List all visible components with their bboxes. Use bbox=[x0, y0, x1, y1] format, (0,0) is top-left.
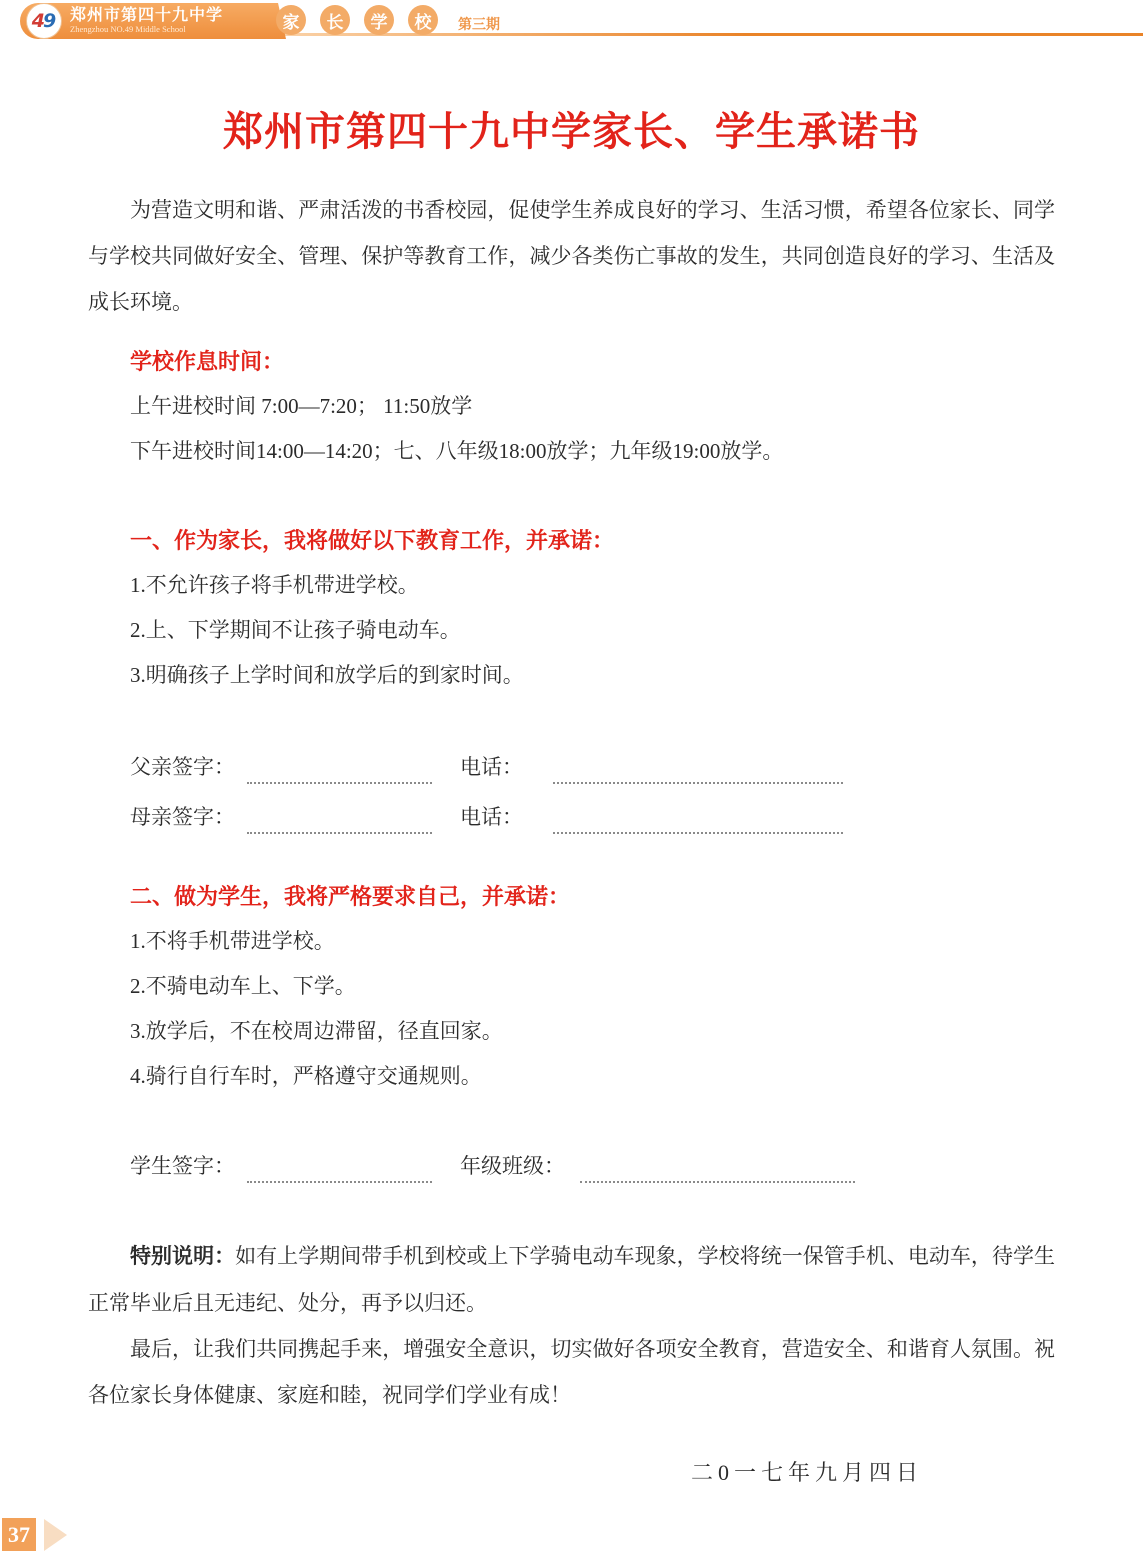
section2-item-1: 1.不将手机带进学校。 bbox=[130, 919, 1055, 964]
section1-item-2: 2.上、下学期间不让孩子骑电动车。 bbox=[130, 608, 1055, 653]
document-page: 49 郑州市第四十九中学 Zhengzhou NO.49 Middle Scho… bbox=[0, 0, 1143, 1553]
school-name-block: 郑州市第四十九中学 Zhengzhou NO.49 Middle School bbox=[70, 8, 223, 34]
grade-class-line bbox=[580, 1153, 855, 1183]
special-note-label: 特别说明： bbox=[130, 1245, 235, 1268]
document-title: 郑州市第四十九中学家长、学生承诺书 bbox=[88, 100, 1055, 157]
section2-item-4: 4.骑行自行车时，严格遵守交通规则。 bbox=[130, 1054, 1055, 1099]
school-banner: 49 郑州市第四十九中学 Zhengzhou NO.49 Middle Scho… bbox=[20, 3, 286, 39]
badge-xiao: 校 bbox=[408, 5, 438, 35]
student-signature-line bbox=[247, 1153, 432, 1183]
schedule-line-morning: 上午进校时间 7:00—7:20； 11:50放学 bbox=[130, 384, 1055, 429]
schedule-line-afternoon: 下午进校时间14:00—14:20；七、八年级18:00放学；九年级19:00放… bbox=[130, 429, 1055, 474]
mother-signature-row: 母亲签字： 电话： bbox=[130, 800, 1055, 834]
section1-item-3: 3.明确孩子上学时间和放学后的到家时间。 bbox=[130, 653, 1055, 698]
badge-xue: 学 bbox=[364, 5, 394, 35]
mother-signature-label: 母亲签字： bbox=[130, 800, 235, 834]
intro-paragraph: 为营造文明和谐、严肃活泼的书香校园，促使学生养成良好的学习、生活习惯，希望各位家… bbox=[88, 187, 1055, 325]
section2-heading: 二、做为学生，我将严格要求自己，并承诺： bbox=[130, 874, 1055, 919]
section2-item-3: 3.放学后，不在校周边滞留，径直回家。 bbox=[130, 1009, 1055, 1054]
issue-number: 第三期 bbox=[458, 14, 500, 34]
special-note-paragraph: 特别说明：如有上学期间带手机到校或上下学骑电动车现象，学校将统一保管手机、电动车… bbox=[88, 1233, 1055, 1326]
school-name-cn: 郑州市第四十九中学 bbox=[70, 8, 223, 25]
page-header: 49 郑州市第四十九中学 Zhengzhou NO.49 Middle Scho… bbox=[0, 0, 1143, 42]
logo-digit-9: 9 bbox=[43, 12, 56, 31]
grade-class-label: 年级班级： bbox=[460, 1149, 565, 1183]
father-phone-label: 电话： bbox=[460, 750, 523, 784]
badge-zhang: 长 bbox=[320, 5, 350, 35]
father-signature-line bbox=[247, 754, 432, 784]
mother-signature-line bbox=[247, 804, 432, 834]
masthead-badges: 家 长 学 校 第三期 bbox=[276, 5, 500, 35]
badge-jia: 家 bbox=[276, 5, 306, 35]
school-name-en: Zhengzhou NO.49 Middle School bbox=[70, 25, 223, 34]
father-signature-label: 父亲签字： bbox=[130, 750, 235, 784]
mother-phone-line bbox=[553, 804, 843, 834]
page-number-arrow-icon bbox=[44, 1519, 67, 1551]
document-date: 二0一七年九月四日 bbox=[88, 1456, 1055, 1487]
page-number-badge: 37 bbox=[2, 1518, 36, 1551]
section1-heading: 一、作为家长，我将做好以下教育工作，并承诺： bbox=[130, 518, 1055, 563]
mother-phone-label: 电话： bbox=[460, 800, 523, 834]
section2-item-2: 2.不骑电动车上、下学。 bbox=[130, 964, 1055, 1009]
father-phone-line bbox=[553, 754, 843, 784]
student-signature-row: 学生签字： 年级班级： bbox=[130, 1149, 1055, 1183]
section1-item-1: 1.不允许孩子将手机带进学校。 bbox=[130, 563, 1055, 608]
closing-paragraph: 最后，让我们共同携起手来，增强安全意识，切实做好各项安全教育，营造安全、和谐育人… bbox=[88, 1326, 1055, 1418]
document-body: 郑州市第四十九中学家长、学生承诺书 为营造文明和谐、严肃活泼的书香校园，促使学生… bbox=[0, 42, 1143, 1487]
schedule-heading: 学校作息时间： bbox=[130, 339, 1055, 384]
father-signature-row: 父亲签字： 电话： bbox=[130, 750, 1055, 784]
student-signature-label: 学生签字： bbox=[130, 1149, 235, 1183]
school-logo-49-icon: 49 bbox=[26, 3, 62, 39]
